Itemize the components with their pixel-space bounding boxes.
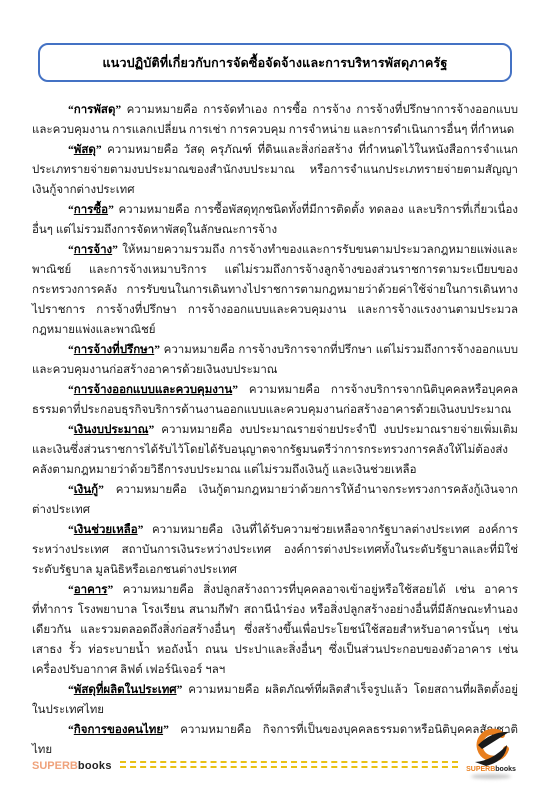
logo-wordmark: SUPERBbooks <box>466 766 516 773</box>
definition-term: การจ้างออกแบบและควบคุมงาน <box>74 384 233 396</box>
definition-text: ความหมายคือ สิ่งปลูกสร้างถาวรที่บุคคลอาจ… <box>32 584 518 676</box>
definition-term: เงินงบประมาณ <box>74 424 149 436</box>
footer-brand-secondary: books <box>78 760 112 772</box>
definition-paragraph: “อาคาร” ความหมายคือ สิ่งปลูกสร้างถาวรที่… <box>32 580 518 680</box>
logo-wordmark-secondary: books <box>495 766 516 773</box>
definition-term: การจ้าง <box>74 244 112 256</box>
footer-separator-line <box>120 761 458 768</box>
logo-wordmark-primary: SUPERB <box>466 766 495 773</box>
definition-text: ความหมายคือ วัสดุ ครุภัณฑ์ ที่ดินและสิ่ง… <box>32 144 518 196</box>
definition-paragraph: “การจ้าง” ให้หมายความรวมถึง การจ้างทำของ… <box>32 240 518 340</box>
swoosh-logo-icon <box>471 728 511 768</box>
definition-term: การพัสดุ <box>74 104 116 116</box>
definition-text: ความหมายคือ เงินกู้ตามกฎหมายว่าด้วยการให… <box>32 484 518 516</box>
definition-term: เงินกู้ <box>74 484 98 496</box>
definition-paragraph: “การพัสดุ” ความหมายคือ การจัดทำเอง การซื… <box>32 100 518 140</box>
definition-paragraph: “เงินช่วยเหลือ” ความหมายคือ เงินที่ได้รั… <box>32 520 518 580</box>
footer-brand: SUPERBbooks <box>32 760 112 773</box>
title-box: แนวปฏิบัติที่เกี่ยวกับการจัดซื้อจัดจ้างแ… <box>38 43 512 82</box>
definition-term: อาคาร <box>74 584 108 596</box>
logo-shadow <box>471 774 511 779</box>
publisher-logo: SUPERBbooks <box>464 728 518 779</box>
definition-term: พัสดุที่ผลิตในประเทศ <box>74 684 177 696</box>
document-page: แนวปฏิบัติที่เกี่ยวกับการจัดซื้อจัดจ้างแ… <box>0 0 550 805</box>
definition-paragraph: “พัสดุที่ผลิตในประเทศ” ความหมายคือ ผลิตภ… <box>32 680 518 720</box>
definition-paragraph: “เงินงบประมาณ” ความหมายคือ งบประมาณรายจ่… <box>32 420 518 480</box>
definition-paragraph: “การจ้างที่ปรึกษา” ความหมายคือ การจ้างบร… <box>32 340 518 380</box>
page-title: แนวปฏิบัติที่เกี่ยวกับการจัดซื้อจัดจ้างแ… <box>102 53 447 73</box>
definition-term: เงินช่วยเหลือ <box>74 524 138 536</box>
definition-term: พัสดุ <box>74 144 96 156</box>
definitions-body: “การพัสดุ” ความหมายคือ การจัดทำเอง การซื… <box>32 100 518 760</box>
definition-paragraph: “การซื้อ” ความหมายคือ การซื้อพัสดุทุกชนิ… <box>32 200 518 240</box>
page-footer: SUPERBbooks SUPERBbooks <box>32 717 518 773</box>
definition-paragraph: “พัสดุ” ความหมายคือ วัสดุ ครุภัณฑ์ ที่ดิ… <box>32 140 518 200</box>
footer-brand-primary: SUPERB <box>32 760 78 772</box>
definition-term: การซื้อ <box>74 204 108 216</box>
definition-paragraph: “การจ้างออกแบบและควบคุมงาน” ความหมายคือ … <box>32 380 518 420</box>
definition-text: ให้หมายความรวมถึง การจ้างทำของและการรับข… <box>32 244 518 336</box>
definition-term: การจ้างที่ปรึกษา <box>74 344 154 356</box>
definition-paragraph: “เงินกู้” ความหมายคือ เงินกู้ตามกฎหมายว่… <box>32 480 518 520</box>
